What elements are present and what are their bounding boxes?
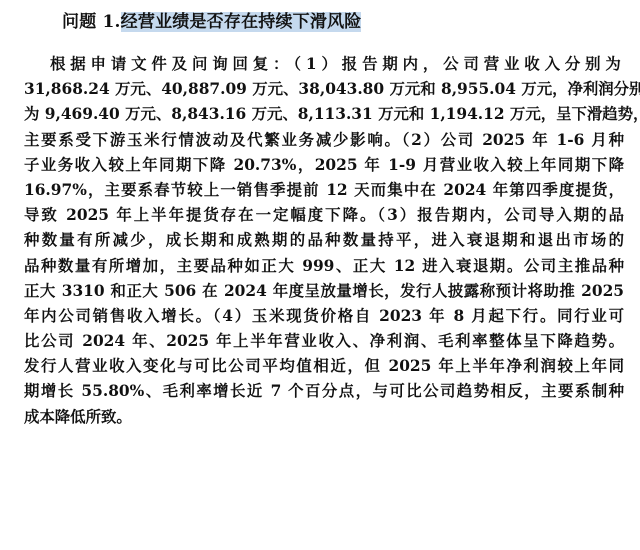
paragraph-line: 31,868.24 万元、40,887.09 万元、38,043.80 万元和 … <box>24 77 624 102</box>
paragraph-line: 年内公司销售收入增长。（4）玉米现货价格自 2023 年 8 月起下行。同行业可 <box>24 304 624 329</box>
question-heading: 问题 1.经营业绩是否存在持续下滑风险 <box>62 10 361 34</box>
paragraph-line: 子业务收入较上年同期下降 20.73%，2025 年 1-9 月营业收入较上年同… <box>24 153 624 178</box>
paragraph-line: 发行人营业收入变化与可比公司平均值相近，但 2025 年上半年净利润较上年同 <box>24 354 624 379</box>
paragraph-line: 成本降低所致。 <box>24 405 624 430</box>
paragraph-line: 根据申请文件及问询回复：（1）报告期内，公司营业收入分别为 <box>24 52 624 77</box>
paragraph-line: 正大 3310 和正大 506 在 2024 年度呈放量增长，发行人披露称预计将… <box>24 279 624 304</box>
paragraph-line: 期增长 55.80%、毛利率增长近 7 个百分点，与可比公司趋势相反，主要系制种 <box>24 379 624 404</box>
paragraph-line: 种数量有所减少，成长期和成熟期的品种数量持平，进入衰退期和退出市场的 <box>24 228 624 253</box>
paragraph-line: 比公司 2024 年、2025 年上半年营业收入、净利润、毛利率整体呈下降趋势。 <box>24 329 624 354</box>
paragraph-line: 导致 2025 年上半年提货存在一定幅度下降。（3）报告期内，公司导入期的品 <box>24 203 624 228</box>
document-page: 问题 1.经营业绩是否存在持续下滑风险 根据申请文件及问询回复：（1）报告期内，… <box>0 0 640 550</box>
paragraph-line: 主要系受下游玉米行情波动及代繁业务减少影响。（2）公司 2025 年 1-6 月… <box>24 128 624 153</box>
paragraph-line: 品种数量有所增加，主要品种如正大 999、正大 12 进入衰退期。公司主推品种 <box>24 254 624 279</box>
paragraph-line: 为 9,469.40 万元、8,843.16 万元、8,113.31 万元和 1… <box>24 102 624 127</box>
paragraph-line: 16.97%，主要系春节较上一销售季提前 12 天而集中在 2024 年第四季度… <box>24 178 624 203</box>
question-heading-prefix: 问题 1. <box>62 12 121 32</box>
question-body-paragraph: 根据申请文件及问询回复：（1）报告期内，公司营业收入分别为 31,868.24 … <box>24 52 624 430</box>
question-heading-highlighted-text: 经营业绩是否存在持续下滑风险 <box>121 12 362 32</box>
